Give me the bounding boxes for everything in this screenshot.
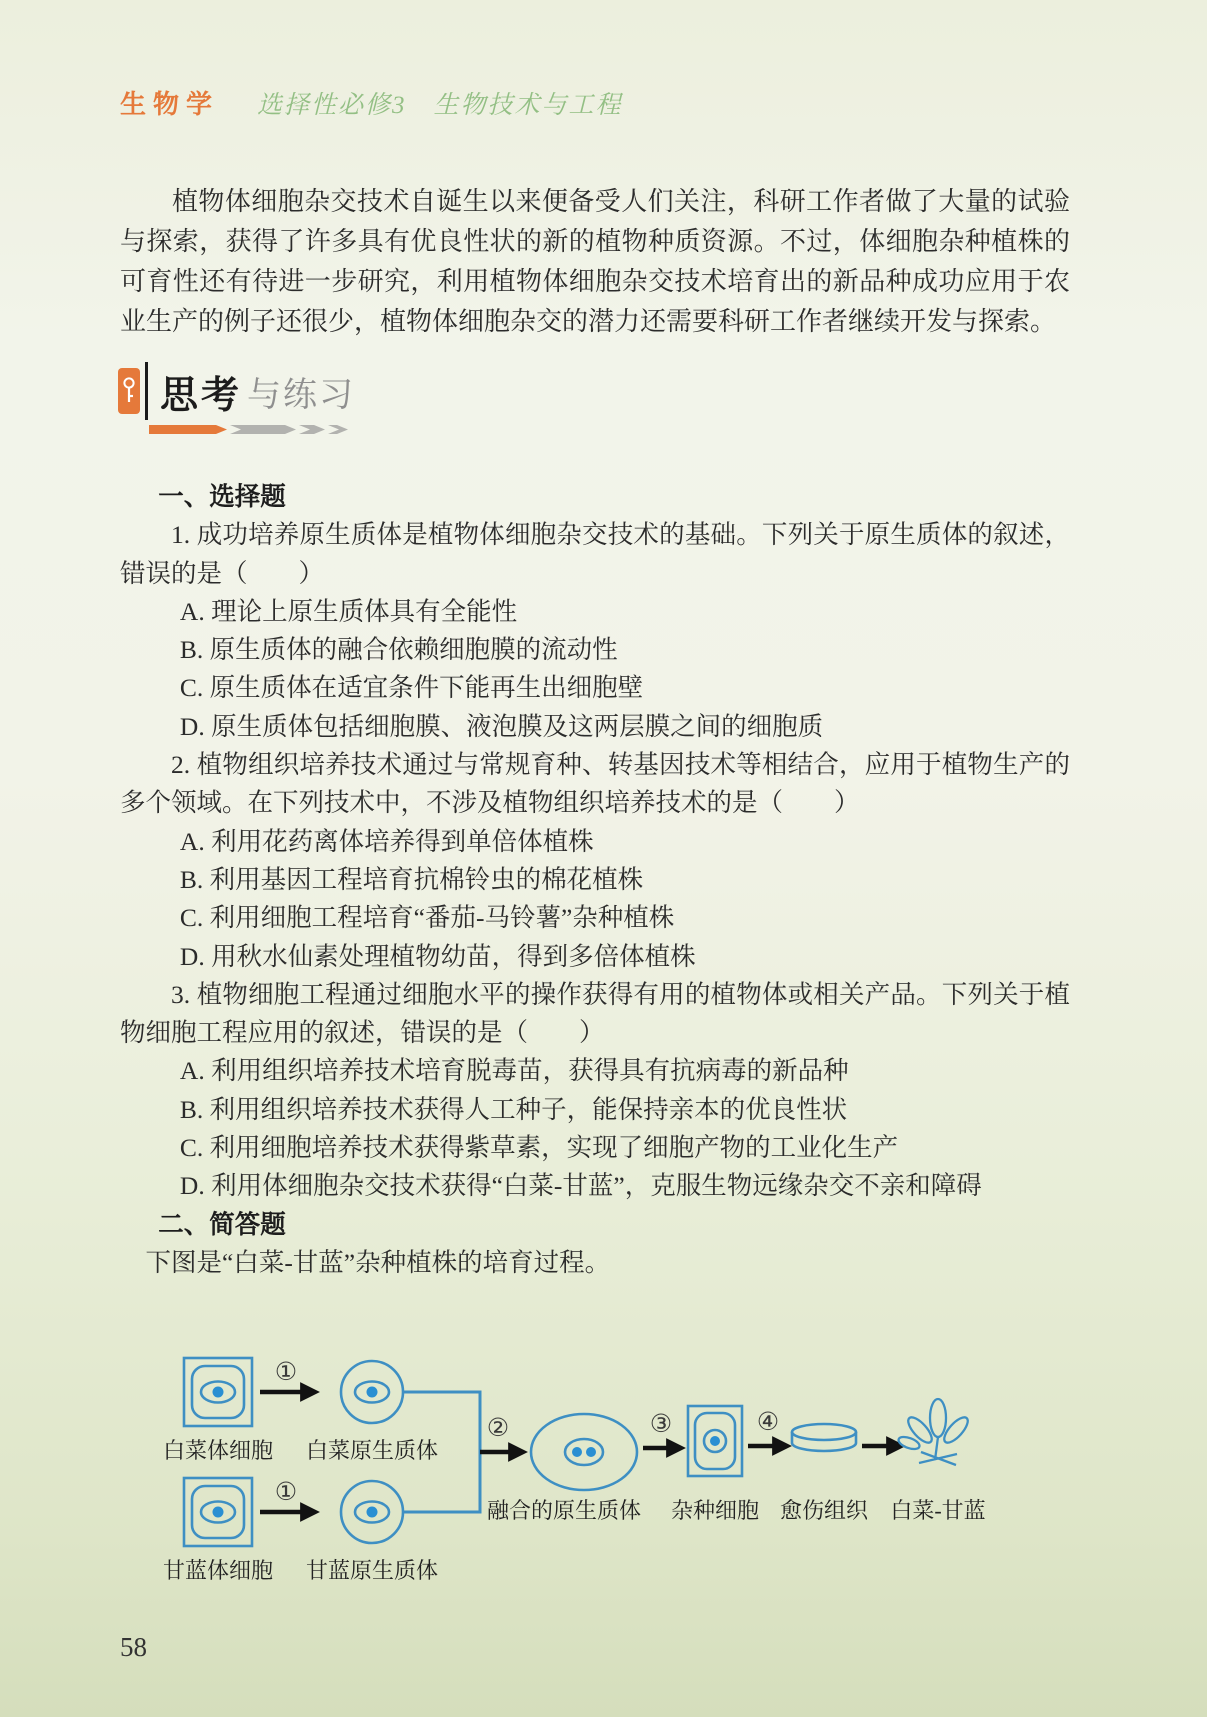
bar-orange-segment xyxy=(149,425,227,434)
label-callus: 愈伤组织 xyxy=(780,1498,869,1523)
question-3-option-d: D. 利用体细胞杂交技术获得“白菜-甘蓝”，克服生物远缘杂交不亲和障碍 xyxy=(120,1167,1070,1205)
step-1a-number: ① xyxy=(275,1357,297,1386)
bar-gray-segment xyxy=(230,425,296,434)
question-1-option-d: D. 原生质体包括细胞膜、液泡膜及这两层膜之间的细胞质 xyxy=(120,708,1070,746)
label-hybrid-plant: 白菜-甘蓝 xyxy=(890,1498,985,1523)
label-fused-protoplast: 融合的原生质体 xyxy=(487,1498,641,1523)
label-baicai-cell: 白菜体细胞 xyxy=(163,1438,273,1463)
heading-underline-bar xyxy=(149,425,355,434)
question-2-stem: 2. 植物组织培养技术通过与常规育种、转基因技术等相结合，应用于植物生产的多个领… xyxy=(120,746,1070,823)
label-baicai-protoplast: 白菜原生质体 xyxy=(306,1438,438,1463)
heading-divider xyxy=(145,362,148,420)
callus-dish-shape xyxy=(792,1424,856,1451)
ganlan-somatic-cell-shape xyxy=(184,1478,252,1546)
header-subject: 生物学 xyxy=(120,89,219,119)
question-1-option-b: B. 原生质体的融合依赖细胞膜的流动性 xyxy=(120,631,1070,669)
step-2-number: ② xyxy=(487,1413,509,1442)
question-list: 一、选择题 1. 成功培养原生质体是植物体细胞杂交技术的基础。下列关于原生质体的… xyxy=(120,478,1070,1282)
question-1-option-a: A. 理论上原生质体具有全能性 xyxy=(120,593,1070,631)
question-2-option-a: A. 利用花药离体培养得到单倍体植株 xyxy=(120,823,1070,861)
section-heading-short-answer: 二、简答题 xyxy=(120,1206,1070,1244)
ganlan-protoplast-shape xyxy=(341,1481,403,1543)
bar-chevron-1 xyxy=(299,425,325,434)
hybrid-cell-shape xyxy=(688,1406,742,1476)
question-3-stem: 3. 植物细胞工程通过细胞水平的操作获得有用的植物体或相关产品。下列关于植物细胞… xyxy=(120,976,1070,1053)
baicai-somatic-cell-shape xyxy=(184,1358,252,1426)
question-2-option-d: D. 用秋水仙素处理植物幼苗，得到多倍体植株 xyxy=(120,938,1070,976)
key-icon xyxy=(118,368,140,414)
step-1b-number: ① xyxy=(275,1477,297,1506)
baicai-protoplast-shape xyxy=(341,1361,403,1423)
label-ganlan-protoplast: 甘蓝原生质体 xyxy=(306,1558,438,1583)
exercise-title-light: 与练习 xyxy=(247,367,355,416)
question-1-stem: 1. 成功培养原生质体是植物体细胞杂交技术的基础。下列关于原生质体的叙述，错误的… xyxy=(120,516,1070,593)
question-3-option-b: B. 利用组织培养技术获得人工种子，能保持亲本的优良性状 xyxy=(120,1091,1070,1129)
step-4-number: ④ xyxy=(757,1407,779,1436)
question-2-option-c: C. 利用细胞工程培育“番茄-马铃薯”杂种植株 xyxy=(120,899,1070,937)
question-3-option-a: A. 利用组织培养技术培育脱毒苗，获得具有抗病毒的新品种 xyxy=(120,1052,1070,1090)
header-volume: 选择性必修3 生物技术与工程 xyxy=(257,92,623,119)
question-2-option-b: B. 利用基因工程培育抗棉铃虫的棉花植株 xyxy=(120,861,1070,899)
bar-chevron-2 xyxy=(328,425,348,434)
label-hybrid-cell: 杂种细胞 xyxy=(671,1498,759,1523)
question-1-option-c: C. 原生质体在适宜条件下能再生出细胞壁 xyxy=(120,669,1070,707)
step-3-number: ③ xyxy=(650,1409,672,1438)
exercise-title-bold: 思考 xyxy=(160,364,242,419)
section-heading-choice: 一、选择题 xyxy=(120,478,1070,516)
page-number: 58 xyxy=(120,1632,147,1663)
short-answer-intro: 下图是“白菜-甘蓝”杂种植株的培育过程。 xyxy=(120,1244,1070,1282)
exercise-heading: 思考 与练习 xyxy=(118,362,355,434)
hybridization-diagram: ① ① ② xyxy=(156,1346,1001,1601)
intro-paragraph: 植物体细胞杂交技术自诞生以来便备受人们关注，科研工作者做了大量的试验与探索，获得… xyxy=(120,182,1070,342)
page-header: 生物学 选择性必修3 生物技术与工程 xyxy=(120,84,623,121)
hybrid-plant-shape xyxy=(897,1399,972,1465)
fused-protoplast-shape xyxy=(531,1414,637,1490)
label-ganlan-cell: 甘蓝体细胞 xyxy=(163,1558,273,1583)
question-3-option-c: C. 利用细胞培养技术获得紫草素，实现了细胞产物的工业化生产 xyxy=(120,1129,1070,1167)
